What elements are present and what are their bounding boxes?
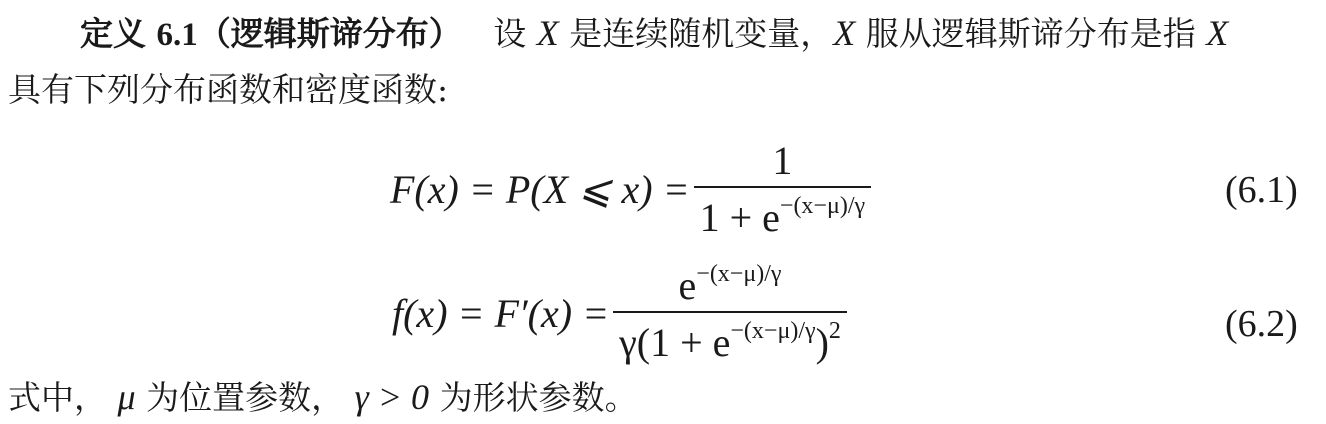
exponent: −(x−μ)/γ — [780, 193, 865, 219]
math-var-x: X — [833, 13, 855, 53]
equation-lhs: f(x) = F′(x) = — [392, 290, 609, 337]
denominator: γ(1 + e−(x−μ)/γ)2 — [613, 311, 847, 364]
math-var-x: X — [537, 13, 559, 53]
equation-lhs: F(x) = P(X ⩽ x) = — [390, 166, 690, 213]
fraction: e−(x−μ)/γ γ(1 + e−(x−μ)/γ)2 — [613, 262, 847, 364]
fraction: 1 1 + e−(x−μ)/γ — [694, 140, 872, 239]
text-segment: 为位置参数， — [146, 378, 344, 417]
definition-number: 6.1 — [157, 17, 198, 53]
text-segment: 是连续随机变量， — [569, 14, 833, 53]
text-segment: 服从逻辑斯谛分布是指 — [866, 14, 1196, 53]
equation-number-6-1: (6.1) — [1225, 168, 1298, 212]
exponent: −(x−μ)/γ — [730, 318, 815, 344]
equation-6-1: F(x) = P(X ⩽ x) = 1 1 + e−(x−μ)/γ — [390, 140, 875, 239]
text-segment: 设 — [493, 14, 526, 53]
equation-6-2: f(x) = F′(x) = e−(x−μ)/γ γ(1 + e−(x−μ)/γ… — [392, 262, 851, 364]
denominator-base: 1 + e — [700, 195, 780, 240]
denominator: 1 + e−(x−μ)/γ — [694, 186, 872, 239]
definition-line-1: 定义 6.1（逻辑斯谛分布） 设 X 是连续随机变量，X 服从逻辑斯谛分布是指 … — [80, 8, 1228, 55]
text-segment: 式中， — [8, 378, 107, 417]
definition-title: （逻辑斯谛分布） — [198, 14, 462, 53]
exponent: −(x−μ)/γ — [696, 261, 781, 287]
math-gamma-condition: γ > 0 — [355, 377, 429, 417]
definition-label: 定义 — [80, 14, 146, 53]
definition-line-2: 具有下列分布函数和密度函数: — [8, 64, 448, 111]
numerator-base: e — [679, 263, 697, 308]
text-segment: 为形状参数。 — [440, 378, 638, 417]
close-paren: ) — [816, 320, 829, 365]
numerator: e−(x−μ)/γ — [673, 262, 788, 311]
power: 2 — [829, 318, 841, 344]
math-var-x: X — [1206, 13, 1228, 53]
math-var-mu: μ — [118, 377, 136, 417]
numerator: 1 — [766, 140, 798, 186]
equation-number-6-2: (6.2) — [1225, 302, 1298, 346]
footnote-line: 式中， μ 为位置参数， γ > 0 为形状参数。 — [8, 372, 638, 419]
denominator-base: γ(1 + e — [619, 320, 730, 365]
